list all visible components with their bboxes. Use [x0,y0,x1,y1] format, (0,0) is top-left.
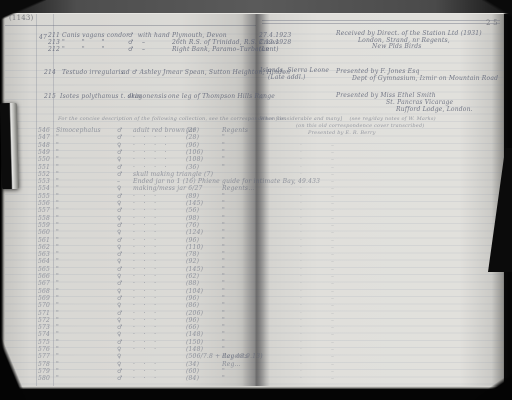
store-location: Regents [222,128,248,134]
right-ditto-mark: · [300,274,302,280]
reg-number: 576 [38,347,50,353]
right-ditto-mark: · [300,325,302,331]
right-ditto-mark: · [300,216,302,222]
header-rule [262,23,500,24]
right-ditto-mark: · [300,223,302,229]
species-ditto: " [56,223,59,229]
right-ditto-mark: – [331,165,334,171]
sex-symbol: ♂ [117,135,123,141]
right-ditto-mark: – [331,354,334,360]
store-location: " [222,252,225,258]
sex-symbol: ♂ [117,165,123,171]
ditto-dots: · · · [133,230,156,236]
store-location: " [222,194,225,200]
reg-number: 546 [38,128,50,134]
date: (Lent) [259,47,279,53]
right-ditto-mark: · [300,376,302,382]
right-ditto-mark: · [300,245,302,251]
species-ditto: " [56,318,59,324]
reg-number: 575 [38,340,50,346]
right-ditto-mark: – [331,332,334,338]
right-ditto-mark: – [331,201,334,207]
count-paren: (148) [186,332,203,338]
right-ditto-mark: · [300,179,302,185]
sex-symbol: ♀ [117,332,122,338]
ditto-dots: · · · [133,376,156,382]
table-row: 579"♂· · ·(60)"·– [0,369,512,376]
right-ditto-mark: – [331,157,334,163]
ditto-dots: · · · [133,325,156,331]
sex-symbol: ♀ [117,186,122,192]
reg-number: 552 [38,172,50,178]
sex-symbol: ♀ [117,289,122,295]
ditto-dots: · · · [133,362,156,368]
count-paren: (110) [186,245,203,251]
store-location: " [222,311,225,317]
right-ditto-mark: · [300,318,302,324]
right-ditto-mark: – [331,186,334,192]
right-ditto-mark: · [300,332,302,338]
ditto-dots: · · · [133,208,156,214]
reg-number: 559 [38,223,50,229]
ledger-photo: (1143) 2 5 ( … ) 47 211Canis vagans cond… [0,0,512,400]
sex-symbol: ♂ [117,369,123,375]
species-ditto: " [56,281,59,287]
sex-symbol: ♀ [117,245,122,251]
right-ditto-mark: – [331,311,334,317]
count-paren: (36) [186,165,199,171]
ditto-dots: · · · [133,274,156,280]
count-paren: (96) [186,296,199,302]
species-ditto: " [56,186,59,192]
store-location: " [222,143,225,149]
reg-number: 548 [38,143,50,149]
species-ditto: " [56,245,59,251]
table-row: 554"♀making/mess jar 6/27Regents…·– [0,186,512,193]
species-ditto: " [56,194,59,200]
count-paren: (96) [186,143,199,149]
reg-number: 553 [38,179,50,185]
reg-number: 557 [38,208,50,214]
sex-symbol: ♂ [117,376,123,382]
right-ditto-mark: – [331,194,334,200]
table-row: 553"–Ended jar no 1 (16) Phiene guide fo… [0,179,512,186]
table-row: 580"♂· · ·(84)"·– [0,376,512,383]
right-ditto-mark: – [331,230,334,236]
reg-number: 570 [38,303,50,309]
table-row: 558"♀· · ·(98)"·– [0,216,512,223]
sex-symbol: ♀ [117,274,122,280]
count-paren: (84) [186,376,199,382]
count-paren: (92) [186,259,199,265]
count-paren: (56) [186,208,199,214]
count-paren: (66) [186,325,199,331]
species-ditto: " [56,311,59,317]
ditto-dots: skull making triangle (7) [133,172,213,178]
store-location: " [222,208,225,214]
ditto-dots: · · · [133,238,156,244]
sex-symbol: ♂ [117,128,123,134]
right-ditto-mark: · [300,208,302,214]
right-ditto-mark: · [300,157,302,163]
count-paren: (148) [186,347,203,353]
species-ditto: " [56,238,59,244]
reg-number: 563 [38,252,50,258]
store-location: " [222,303,225,309]
ditto-dots: · · · [133,347,156,353]
table-row: 561"♂· · ·(96)"·– [0,238,512,245]
species-name: Testudo irregularis [62,70,124,76]
locality: (Late addl.) [268,75,306,81]
reg-number: 554 [38,186,50,192]
ditto-dots: · · · [133,296,156,302]
ditto-dots: · · · [133,311,156,317]
header-rule [262,20,500,21]
sex-symbol: ♂ [117,223,123,229]
sex-symbol: ♀ [117,143,122,149]
count-paren: (96) [186,238,199,244]
species-ditto: " [56,362,59,368]
species-ditto: " [56,201,59,207]
store-location: " [222,157,225,163]
ditto-dots: · · · · [133,157,167,163]
right-ditto-mark: – [331,274,334,280]
right-ditto-mark: – [331,289,334,295]
reg-number: 577 [38,354,50,360]
ditto-dots: · · · [133,318,156,324]
right-ditto-mark: · [300,194,302,200]
sex-symbol: ♂ [117,296,123,302]
right-ditto-mark: · [300,340,302,346]
reg-number: 550 [38,157,50,163]
reg-number: 579 [38,369,50,375]
species-ditto: " [56,303,59,309]
table-row: 577"♀(506/7.8 + day 48.9.13)Regents·– [0,354,512,361]
sex-symbol: ♂ [117,194,123,200]
section-note: For the concise description of the follo… [58,117,286,122]
ditto-dots: · · · [133,267,156,273]
right-ditto-mark: · [300,347,302,353]
right-ditto-mark: – [331,303,334,309]
store-location: " [222,274,225,280]
table-row: 563"♂· · ·(78)"·– [0,252,512,259]
ditto-dots: · · · [133,259,156,265]
ditto-dots: · · · [133,281,156,287]
ditto-dots: · · · [133,216,156,222]
sex-symbol: ♀ [117,230,122,236]
species-ditto: " [56,216,59,222]
count-paren: (206) [186,311,203,317]
reg-number: 574 [38,332,50,338]
folio-number: (1143) [9,15,33,22]
species-ditto: " [56,172,59,178]
species-ditto: " [56,289,59,295]
count-paren: (96) [186,318,199,324]
species-ditto: " [56,325,59,331]
table-row: 550"♀· · · ·(108)"·– [0,157,512,164]
species-ditto: " [56,150,59,156]
ditto-dots: · · · [133,340,156,346]
reg-number: 561 [38,238,50,244]
species-ditto: " [56,143,59,149]
right-ditto-mark: – [331,216,334,222]
right-ditto-mark: – [331,179,334,185]
reg-number: 564 [38,259,50,265]
sex-symbol: ♀ [117,216,122,222]
store-location: " [222,376,225,382]
count-paren: (62) [186,274,199,280]
right-ditto-mark: – [331,143,334,149]
right-ditto-mark: · [300,362,302,368]
count-paren: (88) [186,281,199,287]
photo-bottom-edge [0,389,512,400]
right-ditto-mark: · [300,281,302,287]
sex-symbol: ♂ [117,238,123,244]
table-row: 568"♀· · ·(104)"·– [0,289,512,296]
right-ditto-mark: · [300,354,302,360]
ditto-dots: · · · [133,369,156,375]
count-paren: (104) [186,289,203,295]
received-note: Dept of Gymnasium, Izmir on Mountain Roa… [352,76,498,82]
table-row: 546Simocephalus♂adult red brown jar(26)R… [0,128,512,135]
count-paren: (76) [186,223,199,229]
species-ditto: " [56,354,59,360]
count-paren: (150) [186,340,203,346]
store-location: " [222,332,225,338]
table-row: 559"♂· · ·(76)"·– [0,223,512,230]
store-location: Regents [222,354,248,360]
reg-number: 569 [38,296,50,302]
right-ditto-mark: – [331,150,334,156]
table-row: 578"♀· · ·(34)Reg…·– [0,362,512,369]
right-page-note: When considerable and many] (see reg/day… [260,117,436,122]
right-ditto-mark: – [331,245,334,251]
reg-number: 551 [38,165,50,171]
reg-number: 573 [38,325,50,331]
locality: Right Bank, Paramo–Turbatan [172,47,269,53]
sex-symbol: ♂ [117,150,123,156]
species-ditto: " [56,165,59,171]
right-ditto-mark: · [300,252,302,258]
store-location: " [222,281,225,287]
right-ditto-mark: · [300,201,302,207]
right-ditto-mark: · [300,267,302,273]
sex-symbol: ♀ [117,157,122,163]
count-paren: (108) [186,157,203,163]
species-ditto: " [56,347,59,353]
reg-number: 578 [38,362,50,368]
store-location: " [222,216,225,222]
table-row: 575"♂· · ·(150)"·– [0,340,512,347]
received-note: New Plds Birds [372,44,422,50]
reg-number: 212 [48,47,60,53]
photo-top-edge [0,0,512,14]
ditto-dots: · · · · [133,150,167,156]
table-row: 572"♀· · ·(96)"·– [0,318,512,325]
right-ditto-mark: – [331,238,334,244]
species-ditto: " [56,332,59,338]
table-row: 557"♂· · ·(56)"·– [0,208,512,215]
ditto-dots: · · · [133,303,156,309]
reg-number: 547 [38,135,50,141]
table-row: 555"♂· · ·(89)"·– [0,194,512,201]
sex-symbol: ♂ [117,281,123,287]
ditto-dots: · · · [133,252,156,258]
sex-note: ♂ – [128,47,145,53]
count-paren: (124) [186,230,203,236]
sex-symbol: ♀ [117,362,122,368]
ditto-dots: making/mess jar 6/27 [133,186,203,192]
table-row: 551"♂· · · ·(36)"·– [0,165,512,172]
count-paren: (106) [186,150,203,156]
species-ditto: " [56,340,59,346]
sex-symbol: ♀ [117,354,122,360]
table-row: 571"♂· · ·(206)"·– [0,311,512,318]
store-location: " [222,238,225,244]
ditto-dots: · · · · [133,143,167,149]
species-ditto: " [56,230,59,236]
right-ditto-mark: – [331,223,334,229]
store-location: " [222,165,225,171]
sex-symbol: ♂ [117,172,123,178]
count-paren: (98) [186,216,199,222]
store-location: " [222,201,225,207]
reg-number: 560 [38,230,50,236]
right-ditto-mark: · [300,165,302,171]
species-ditto: " [56,274,59,280]
right-ditto-mark: – [331,347,334,353]
table-row: 564"♀· · ·(92)"·– [0,259,512,266]
right-ditto-mark: · [300,238,302,244]
species-ditto: " [56,296,59,302]
table-row: 548"♀· · · ·(96)"·– [0,143,512,150]
header-rule [5,25,256,26]
count-paren: (26) [186,128,199,134]
right-ditto-mark: – [331,259,334,265]
sex-symbol: – [117,179,120,185]
table-row: 565"♂· · ·(145)"·– [0,267,512,274]
right-ditto-mark: – [331,267,334,273]
determiner-note: skin [128,94,141,100]
ditto-dots: · · · [133,332,156,338]
sex-symbol: ♂ [117,267,123,273]
sex-symbol: ♀ [117,318,122,324]
reg-number: 571 [38,311,50,317]
sex-symbol: ♀ [117,303,122,309]
count-paren: (86) [186,303,199,309]
right-ditto-mark: · [300,259,302,265]
right-ditto-mark: – [331,318,334,324]
count-paren: (34) [186,362,199,368]
right-ditto-mark: – [331,325,334,331]
count-paren: (78) [186,252,199,258]
store-location: " [222,340,225,346]
species-name: " " " [62,47,105,53]
reg-number: 580 [38,376,50,382]
right-ditto-mark: · [300,143,302,149]
table-row: 547"♂· · · ·(28)" [0,135,512,142]
ditto-dots: · · · · [133,135,167,141]
determiner-note: ad ♂ Ashley Jr [122,70,169,76]
store-location: " [222,318,225,324]
count-paren: (145) [186,267,203,273]
store-location: Regents… [222,186,254,192]
reg-number: 549 [38,150,50,156]
sex-symbol: ♀ [117,259,122,265]
store-location: " [222,347,225,353]
table-row: 573"♂· · ·(66)"·– [0,325,512,332]
right-ditto-mark: – [331,362,334,368]
sex-symbol: ♀ [117,201,122,207]
store-location: " [222,325,225,331]
reg-number: 558 [38,216,50,222]
page-number: 2 5 [486,20,498,27]
table-row: 570"♀· · ·(86)"·– [0,303,512,310]
right-ditto-mark: – [331,281,334,287]
species-ditto: " [56,267,59,273]
store-location: " [222,289,225,295]
entry-row: 212" " "♂ –Right Bank, Paramo–Turbatan(L… [0,47,512,54]
store-location: " [222,259,225,265]
store-location: Reg… [222,362,241,368]
species-ditto: " [56,252,59,258]
sex-symbol: ♂ [117,252,123,258]
right-ditto-mark: · [300,369,302,375]
reg-number: 565 [38,267,50,273]
right-ditto-mark: · [300,289,302,295]
table-row: 562"♀· · ·(110)"·– [0,245,512,252]
species-ditto: " [56,259,59,265]
table-row: 549"♂· · · ·(106)"·– [0,150,512,157]
sex-symbol: ♂ [117,311,123,317]
right-ditto-mark: · [300,150,302,156]
right-ditto-mark: – [331,376,334,382]
ditto-dots: · · · [133,223,156,229]
right-ditto-mark: – [331,369,334,375]
reg-number: 556 [38,201,50,207]
right-ditto-mark: – [331,172,334,178]
sex-symbol: ♂ [117,208,123,214]
right-ditto-mark: · [300,230,302,236]
reg-number: 562 [38,245,50,251]
species-ditto: " [56,369,59,375]
right-ditto-mark: · [300,311,302,317]
species-ditto: " [56,157,59,163]
right-ditto-mark: – [331,252,334,258]
count-paren: (28) [186,135,199,141]
reg-number: 214 [44,70,56,76]
species-ditto: " [56,179,59,185]
sex-symbol: ♂ [117,325,123,331]
species-ditto: " [56,208,59,214]
sex-symbol: ♂ [117,340,123,346]
count-paren: (60) [186,369,199,375]
store-location: " [222,369,225,375]
reg-number: 555 [38,194,50,200]
species-name: Isotes polythamus t. dragonensis [60,94,167,100]
photo-corner [482,0,512,18]
reg-number: 572 [38,318,50,324]
table-row: 556"♀· · ·(145)"·– [0,201,512,208]
ditto-dots: · · · [133,289,156,295]
right-ditto-mark: · [300,172,302,178]
right-ditto-mark: – [331,208,334,214]
store-location: " [222,230,225,236]
table-row: 569"♂· · ·(96)"·– [0,296,512,303]
store-location: " [222,267,225,273]
ditto-dots: · · · [133,245,156,251]
ditto-dots: · · · [133,201,156,207]
